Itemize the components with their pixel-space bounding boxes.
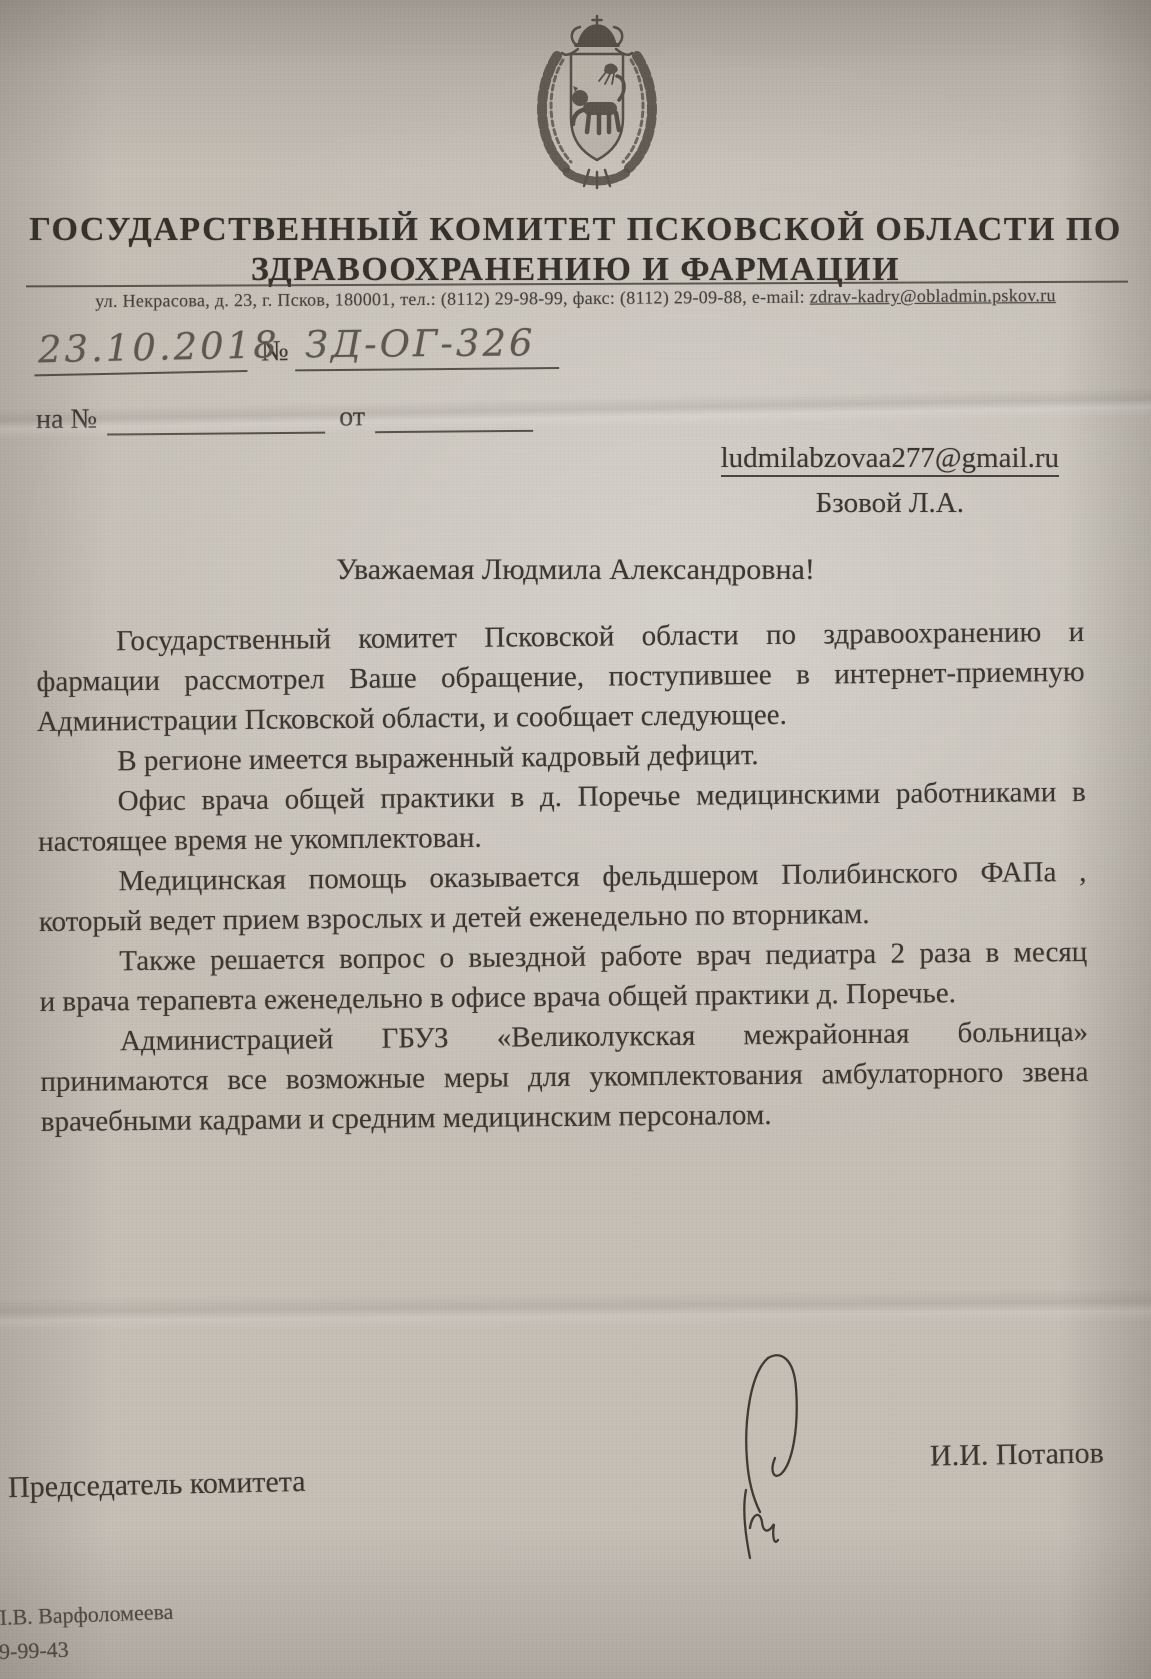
- org-title: ГОСУДАРСТВЕННЫЙ КОМИТЕТ ПСКОВСКОЙ ОБЛАСТ…: [0, 210, 1151, 290]
- pskov-coat-of-arms-icon: [527, 14, 667, 198]
- reply-from-label: от: [339, 401, 365, 433]
- handwritten-signature-icon: [718, 1350, 830, 1570]
- paragraph: Также решается вопрос о выездной работе …: [39, 932, 1088, 1022]
- outgoing-number-field: ЗД-ОГ-326: [294, 323, 558, 371]
- paragraph: Государственный комитет Псковской област…: [36, 612, 1085, 742]
- recipient-name: Бзовой Л.А.: [721, 487, 1059, 519]
- reference-row: 23.10.2018 № ЗД-ОГ-326: [34, 322, 559, 375]
- executor-name: Л.В. Варфоломеева: [0, 1599, 174, 1631]
- crown-cross-icon: [593, 16, 602, 25]
- signer-position: Председатель комитета: [8, 1465, 306, 1505]
- salutation: Уважаемая Людмила Александровна!: [0, 553, 1151, 587]
- reply-reference-row: на № от: [36, 400, 533, 436]
- recipient-email: ludmilabzovaa277@gmail.ru: [721, 442, 1059, 477]
- org-email: zdrav-kadry@obladmin.pskov.ru: [810, 285, 1056, 307]
- recipient-block: ludmilabzovaa277@gmail.ru Бзовой Л.А.: [721, 442, 1059, 519]
- paragraph: Медицинская помощь оказывается фельдшеро…: [38, 852, 1087, 942]
- body-paragraphs: Государственный комитет Псковской област…: [36, 612, 1089, 1142]
- signer-name: И.И. Потапов: [930, 1436, 1104, 1473]
- letter-photo: ГОСУДАРСТВЕННЫЙ КОМИТЕТ ПСКОВСКОЙ ОБЛАСТ…: [0, 0, 1151, 1679]
- paragraph: Офис врача общей практики в д. Поречье м…: [38, 772, 1087, 862]
- reply-no-label: на №: [36, 404, 97, 437]
- org-address-text: ул. Некрасова, д. 23, г. Псков, 180001, …: [95, 287, 810, 311]
- reply-date-blank: [375, 400, 533, 433]
- crown-icon: [578, 25, 616, 45]
- letter-content: ГОСУДАРСТВЕННЫЙ КОМИТЕТ ПСКОВСКОЙ ОБЛАСТ…: [0, 0, 1151, 1679]
- paragraph: Администрацией ГБУЗ «Великолукская межра…: [40, 1012, 1089, 1142]
- org-title-line1: ГОСУДАРСТВЕННЫЙ КОМИТЕТ ПСКОВСКОЙ ОБЛАСТ…: [0, 210, 1151, 250]
- reply-number-blank: [107, 402, 325, 436]
- outgoing-date-field: 23.10.2018: [34, 326, 248, 376]
- executor-phone: 29-99-43: [0, 1637, 69, 1666]
